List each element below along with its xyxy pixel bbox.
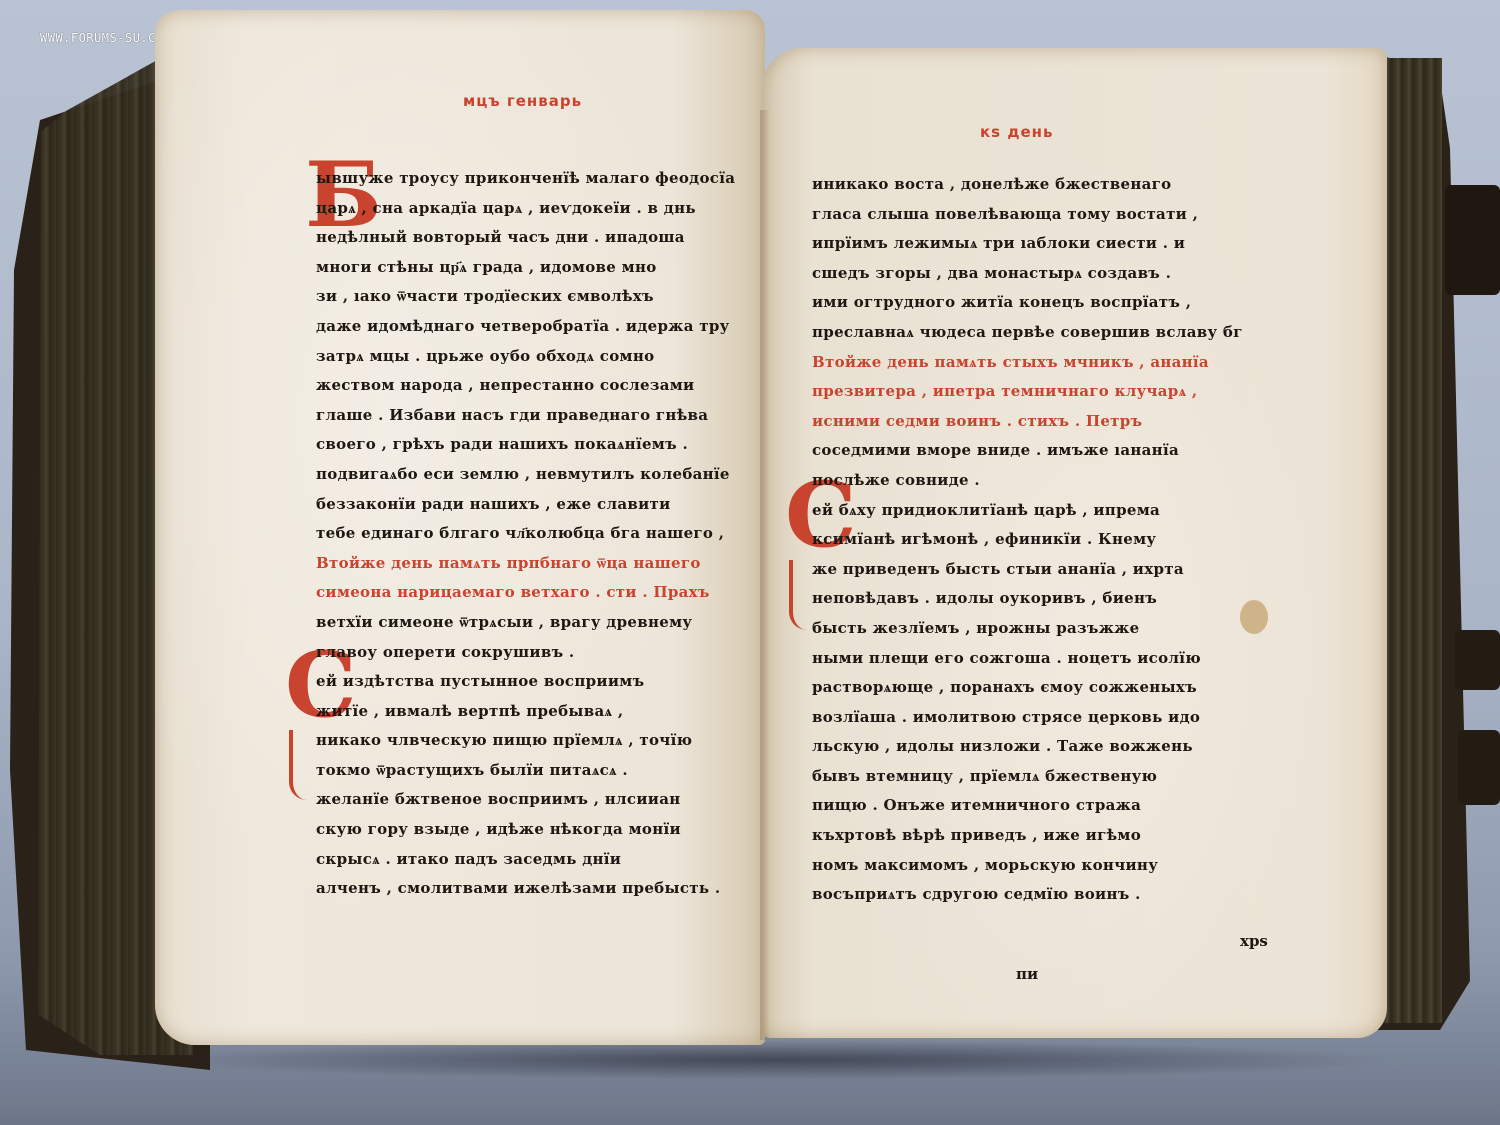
page-block-edge-right	[1380, 58, 1442, 1023]
text-line: затрѧ мцы . црьже оубо обходѧ сомно	[316, 342, 746, 372]
book-clasp-upper	[1445, 185, 1500, 295]
rubric-line: симеона нарицаемаго ветхаго . сти . Прах…	[316, 578, 746, 608]
text-line: къхртовѣ вѣрѣ приведъ , иже игѣмо	[812, 821, 1242, 851]
left-page-text: ывшуже троусу приконченїѣ малаго феодосї…	[316, 164, 746, 904]
text-line: глаше . Избави насъ гди праведнаго гнѣва	[316, 401, 746, 431]
right-page-text: иникако воста , донелѣже бжественагоглас…	[812, 170, 1242, 910]
text-line: пищю . Онъже итемничного стража	[812, 791, 1242, 821]
text-line: ипрїимъ лежимыѧ три ıаблоки сиести . и	[812, 229, 1242, 259]
text-line: ными плещи его сожгоша . ноцетъ исолїю	[812, 644, 1242, 674]
watermark-text: WWW.FORUMS-SU.COM	[40, 31, 171, 45]
rubric-line: Втойже день памѧть стыхъ мчникъ , ананїа	[812, 348, 1242, 378]
text-line: ветхїи симеоне ѿтрѧсыи , врагу древнему	[316, 608, 746, 638]
rubric-line: Втойже день памѧть прпбнаго ѿца нашего	[316, 549, 746, 579]
text-line: никако члвческую пищю прїемлѧ , точїю	[316, 726, 746, 756]
text-line: неповѣдавъ . идолы оукоривъ , биенъ	[812, 584, 1242, 614]
book-shadow	[150, 1040, 1400, 1080]
text-line: жеством народа , непрестанно сослезами	[316, 371, 746, 401]
rubric-line: презвитера , ипетра темничнаго клучарѧ ,	[812, 377, 1242, 407]
text-line: даже идомѣднаго четверобратїа . идержа т…	[316, 312, 746, 342]
text-line: желанїе бжтвеное восприимъ , нлсииан	[316, 785, 746, 815]
text-line: царѧ , сна аркадїа царѧ , иеѵдокеїи . в …	[316, 194, 746, 224]
text-line: ей издѣтства пустынное восприимъ	[316, 667, 746, 697]
text-line: восъприѧтъ сдругою седмїю воинъ .	[812, 880, 1242, 910]
text-line: скую гору взыде , идѣже нѣкогда монїи	[316, 815, 746, 845]
text-line: бысть жезлїемъ , нрожны разъжже	[812, 614, 1242, 644]
text-line: ывшуже троусу приконченїѣ малаго феодосї…	[316, 164, 746, 194]
text-line: иникако воста , донелѣже бжественаго	[812, 170, 1242, 200]
rubric-line: исними седми воинъ . стихъ . Петръ	[812, 407, 1242, 437]
text-line: же приведенъ бысть стыи ананїа , ихрта	[812, 555, 1242, 585]
text-line: тебе единаго блгаго чл҃колюбца бга нашег…	[316, 519, 746, 549]
catchword: хрѕ	[1240, 932, 1268, 950]
book-clasp-bottom	[1458, 730, 1500, 805]
book-clasp-lower	[1455, 630, 1500, 690]
text-line: возлїаша . имолитвою стрясе церковь идо	[812, 703, 1242, 733]
text-line: льскую , идолы низложи . Таже вожжень	[812, 732, 1242, 762]
text-line: послѣже совниде .	[812, 466, 1242, 496]
quire-signature: пи	[1016, 965, 1038, 983]
paper-stain	[1240, 600, 1268, 634]
text-line: преславнаѧ чюдеса первѣе совершив вславу…	[812, 318, 1242, 348]
text-line: своего , грѣхъ ради нашихъ покаѧнїемъ .	[316, 430, 746, 460]
text-line: сшедъ згоры , два монастырѧ создавъ .	[812, 259, 1242, 289]
text-line: подвигаѧбо еси землю , невмутилъ колебан…	[316, 460, 746, 490]
text-line: зи , ıако ѿчасти тродїеских ємволѣхъ	[316, 282, 746, 312]
text-line: ей бѧху придиоклитїанѣ царѣ , ипрема	[812, 496, 1242, 526]
text-line: скрысѧ . итако падъ заседмь днїи	[316, 845, 746, 875]
left-running-head: мцъ генварь	[463, 92, 582, 110]
text-line: бывъ втемницу , прїемлѧ бжественую	[812, 762, 1242, 792]
right-running-head: кѕ день	[980, 123, 1053, 141]
text-line: гласа слыша повелѣвающа тому востати ,	[812, 200, 1242, 230]
text-line: алченъ , смолитвами ижелѣзами пребысть .	[316, 874, 746, 904]
text-line: номъ максимомъ , морьскую кончину	[812, 851, 1242, 881]
text-line: соседмими вморе вниде . имъже ıананїа	[812, 436, 1242, 466]
text-line: главоу оперети сокрушивъ .	[316, 638, 746, 668]
text-line: недѣлный вовторый часъ дни . ипадоша	[316, 223, 746, 253]
text-line: беззаконїи ради нашихъ , еже славити	[316, 490, 746, 520]
book-gutter	[760, 110, 770, 1040]
text-line: ими огтрудного житїа конецъ воспрїатъ ,	[812, 288, 1242, 318]
text-line: растворѧюще , поранахъ ємоу сожженыхъ	[812, 673, 1242, 703]
text-line: ксимїанѣ игѣмонѣ , ефиникїи . Кнему	[812, 525, 1242, 555]
text-line: многи стѣны цр҃ѧ града , идомове мно	[316, 253, 746, 283]
text-line: житїе , ивмалѣ вертпѣ пребываѧ ,	[316, 697, 746, 727]
text-line: токмо ѿрастущихъ былїи питаѧсѧ .	[316, 756, 746, 786]
